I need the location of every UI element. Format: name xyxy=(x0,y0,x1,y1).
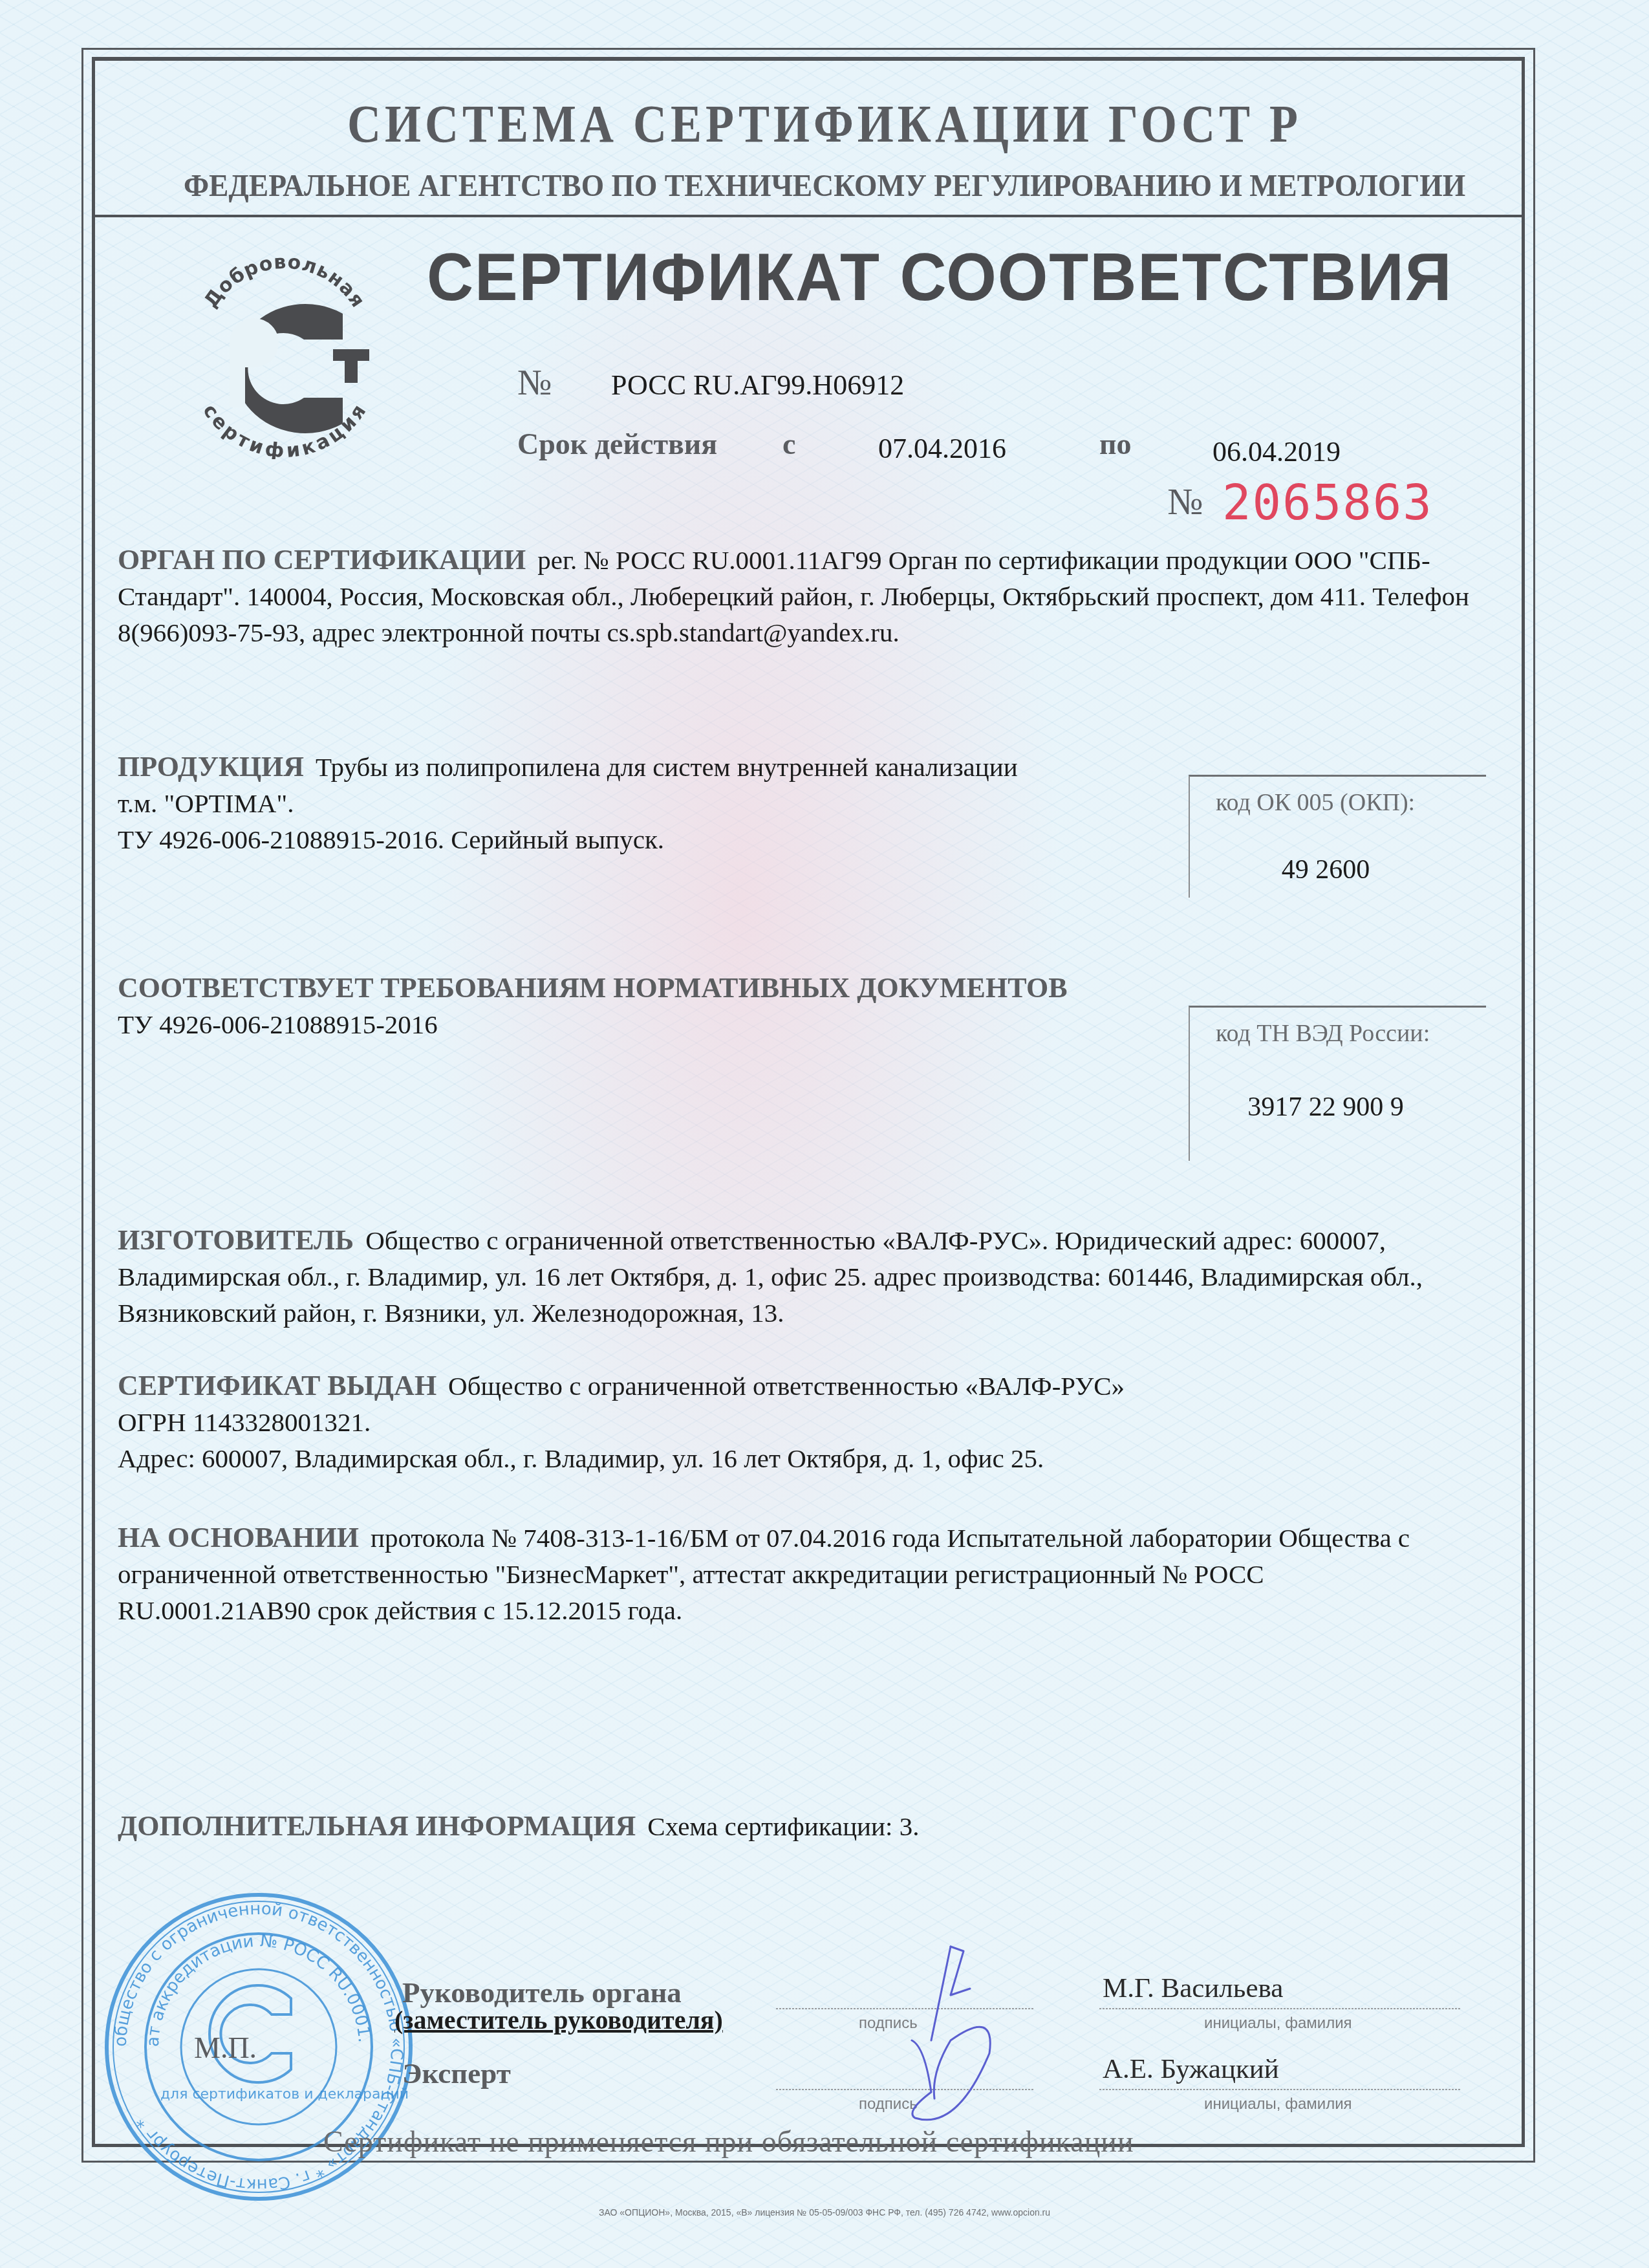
validity-from-label: с xyxy=(782,427,795,461)
additional-info-text: Схема сертификации: 3. xyxy=(647,1811,919,1841)
basis-section: НА ОСНОВАНИИпротокола № 7408-313-1-16/БМ… xyxy=(118,1520,1463,1628)
certification-body-heading: ОРГАН ПО СЕРТИФИКАЦИИ xyxy=(118,544,526,576)
validity-label: Срок действия xyxy=(517,427,717,461)
issued-to-company: Общество с ограниченной ответственностью… xyxy=(448,1371,1125,1401)
blank-number-label: № xyxy=(1167,480,1203,523)
head-name-caption: инициалы, фамилия xyxy=(1204,2014,1352,2033)
blank-serial-number: 2065863 xyxy=(1222,475,1433,531)
issued-to-ogrn: ОГРН 1143328001321. xyxy=(118,1404,1489,1440)
certificate-number: РОСС RU.АГ99.Н06912 xyxy=(611,369,904,402)
handwritten-signature-icon xyxy=(867,1943,1009,2131)
expert-name-line xyxy=(1099,2089,1461,2090)
tnved-code: 3917 22 900 9 xyxy=(1190,1092,1461,1123)
additional-info-heading: ДОПОЛНИТЕЛЬНАЯ ИНФОРМАЦИЯ xyxy=(118,1810,636,1842)
tnved-code-label: код ТН ВЭД России: xyxy=(1216,1019,1430,1048)
issued-to-address: Адрес: 600007, Владимирская обл., г. Вла… xyxy=(118,1440,1489,1476)
product-section: ПРОДУКЦИЯТрубы из полипропилена для сист… xyxy=(118,749,1152,858)
compliance-heading: СООТВЕТСТВУЕТ ТРЕБОВАНИЯМ НОРМАТИВНЫХ ДО… xyxy=(118,970,1141,1006)
svg-text:для сертификатов и деклараций: для сертификатов и деклараций xyxy=(160,2086,409,2102)
okp-code: 49 2600 xyxy=(1190,854,1461,885)
product-line-1: Трубы из полипропилена для систем внутре… xyxy=(316,752,1018,782)
header-top-rule xyxy=(92,57,1525,59)
number-label: № xyxy=(517,362,552,404)
expert-name: А.Е. Бужацкий xyxy=(1103,2053,1279,2085)
valid-from-date: 07.04.2016 xyxy=(878,432,1006,465)
manufacturer-section: ИЗГОТОВИТЕЛЬОбщество с ограниченной отве… xyxy=(118,1222,1450,1331)
head-role-sub-label: (заместитель руководителя) xyxy=(394,2005,723,2035)
agency-name: ФЕДЕРАЛЬНОЕ АГЕНТСТВО ПО ТЕХНИЧЕСКОМУ РЕ… xyxy=(58,167,1591,204)
additional-info-section: ДОПОЛНИТЕЛЬНАЯ ИНФОРМАЦИЯСхема сертифика… xyxy=(118,1808,1489,1844)
printer-imprint: ЗАО «ОПЦИОН», Москва, 2015, «В» лицензия… xyxy=(0,2207,1649,2218)
okp-code-label: код ОК 005 (ОКП): xyxy=(1216,788,1415,817)
validity-to-label: по xyxy=(1099,427,1132,461)
header-bottom-rule xyxy=(92,215,1525,217)
okp-code-box: код ОК 005 (ОКП): 49 2600 xyxy=(1189,775,1486,898)
product-line-3: ТУ 4926-006-21088915-2016. Серийный выпу… xyxy=(118,821,1152,858)
head-name-line xyxy=(1099,2008,1461,2009)
issued-to-section: СЕРТИФИКАТ ВЫДАНОбщество с ограниченной … xyxy=(118,1368,1489,1476)
certificate-title: СЕРТИФИКАТ СООТВЕТСТВИЯ xyxy=(427,239,1452,316)
compliance-docs: ТУ 4926-006-21088915-2016 xyxy=(118,1006,1152,1042)
product-line-2: т.м. "OPTIMA". xyxy=(118,785,1152,821)
issued-to-heading: СЕРТИФИКАТ ВЫДАН xyxy=(118,1370,436,1401)
expert-role-label: Эксперт xyxy=(402,2057,511,2090)
head-name: М.Г. Васильева xyxy=(1103,1972,1283,2004)
svg-text:Добровольная: Добровольная xyxy=(200,252,369,312)
compliance-section: СООТВЕТСТВУЕТ ТРЕБОВАНИЯМ НОРМАТИВНЫХ ДО… xyxy=(118,970,1152,1042)
voluntary-notice: Сертификат не применяется при обязательн… xyxy=(323,2124,1134,2159)
tnved-code-box: код ТН ВЭД России: 3917 22 900 9 xyxy=(1189,1006,1486,1161)
system-title: СИСТЕМА СЕРТИФИКАЦИИ ГОСТ Р xyxy=(0,93,1649,155)
manufacturer-heading: ИЗГОТОВИТЕЛЬ xyxy=(118,1224,354,1256)
valid-to-date: 06.04.2019 xyxy=(1212,435,1341,468)
rst-mark-icon: Добровольная сертификация xyxy=(178,252,391,459)
basis-heading: НА ОСНОВАНИИ xyxy=(118,1522,359,1553)
product-heading: ПРОДУКЦИЯ xyxy=(118,751,304,783)
organization-seal-icon: общество с ограниченной ответственностью… xyxy=(97,1885,420,2209)
expert-name-caption: инициалы, фамилия xyxy=(1204,2095,1352,2113)
certification-body-section: ОРГАН ПО СЕРТИФИКАЦИИрег. № РОСС RU.0001… xyxy=(118,542,1489,651)
seal-placeholder-label: М.П. xyxy=(194,2031,257,2065)
